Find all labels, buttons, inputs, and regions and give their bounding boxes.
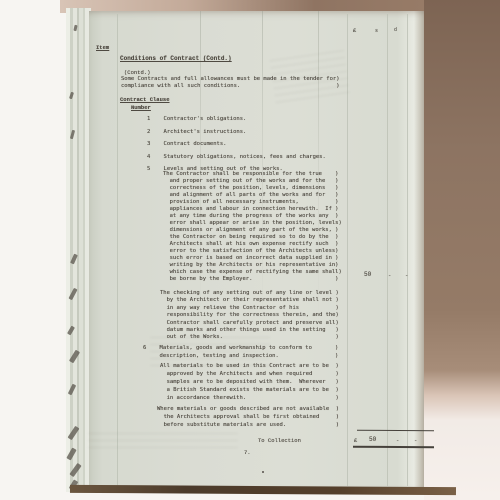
paragraph-checking: The checking of any setting out of any l… — [160, 290, 339, 342]
clause-list: 1 Contractor's obligations. 2 Architect'… — [147, 113, 326, 176]
page-edge-stack — [66, 8, 91, 492]
total-pence: - — [414, 437, 417, 444]
money-mid-pounds: 50 — [364, 271, 371, 278]
margin-rule — [117, 14, 118, 486]
section-heading: Conditions of Contract (Contd.) — [120, 55, 232, 62]
money-mid-pence: - — [405, 272, 408, 279]
paragraph-materials: All materials to be used in this Contrac… — [160, 363, 339, 403]
show-through-smudge — [88, 432, 238, 448]
paragraph-setting-out: The Contractor shall be responsible for … — [163, 171, 342, 283]
paragraph-substitutes: Where materials or goods described are n… — [157, 406, 339, 430]
table-surface-right — [424, 0, 500, 500]
contd-note: (Contd.) — [124, 69, 150, 76]
item-label: Item — [96, 44, 109, 51]
money-mid-shillings: - — [388, 272, 391, 279]
book-edge-shadow — [70, 485, 456, 495]
total-shillings: - — [396, 437, 399, 444]
shillings-header: s — [375, 28, 378, 35]
pence-column-rule — [407, 14, 408, 486]
shillings-column-rule — [387, 14, 388, 486]
total-pounds: 50 — [369, 436, 376, 443]
pounds-header: £ — [353, 27, 356, 34]
photo-of-typed-contract-page: £ s d Item Conditions of Contract (Contd… — [0, 0, 500, 500]
pence-header: d — [394, 27, 397, 34]
total-currency: £ — [354, 437, 357, 444]
show-through-smudge — [269, 45, 350, 103]
contract-clause-heading: Contract Clause — [120, 96, 170, 103]
clause-six: 6 Materials, goods and workmanship to co… — [143, 345, 338, 361]
number-heading: Number — [131, 104, 151, 111]
ink-speck — [262, 471, 264, 473]
page-number: 7. — [244, 449, 251, 456]
intro-clause: Some Contracts and full allowances must … — [121, 76, 340, 90]
to-collection-label: To Collection — [258, 437, 301, 444]
